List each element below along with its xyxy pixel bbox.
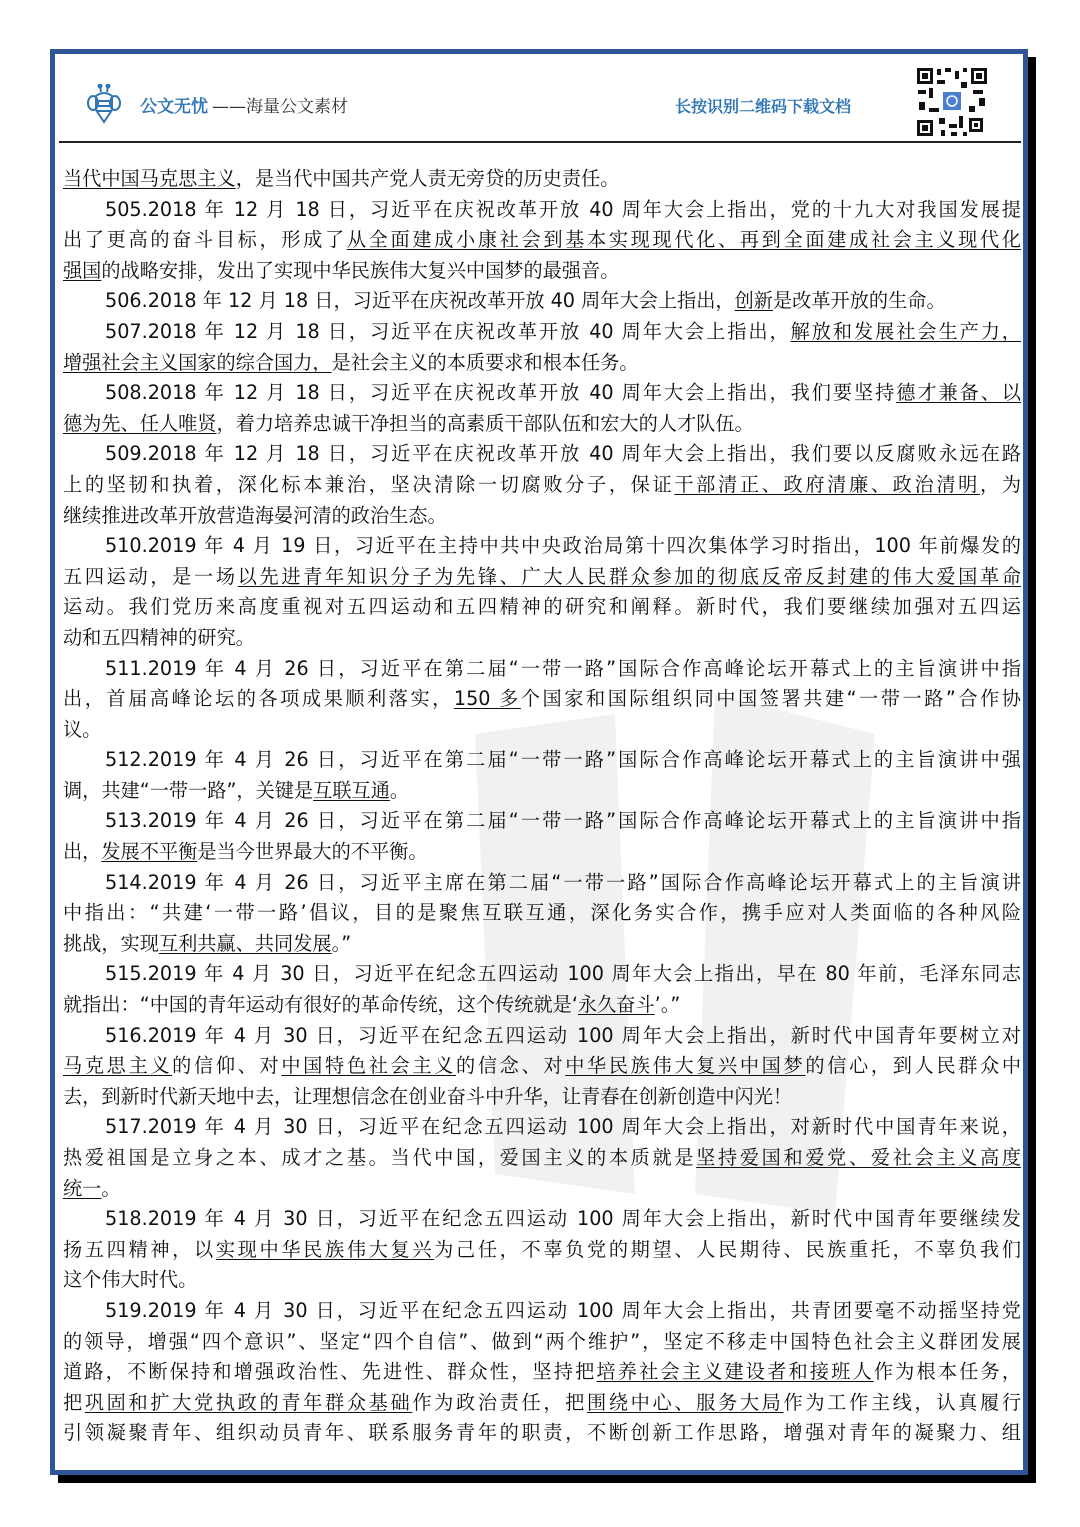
text-segment: 继续推进改革开放营造海晏河清的政治生态。 [63,504,447,527]
text-line: 511.2019 年 4 月 26 日，习近平在第二届“一带一路”国际合作高峰论… [63,654,1021,685]
text-line: 的领导，增强“四个意识”、坚定“四个自信”、做到“两个维护”，坚定不移走中国特色… [63,1327,1021,1358]
qr-code-icon[interactable] [915,66,989,138]
text-segment: 514.2019 年 4 月 26 日，习近平主席在第二届“一带一路”国际合作高… [105,871,1021,894]
text-segment: 510.2019 年 4 月 19 日，习近平在主持中共中央政治局第十四次集体学… [105,534,1021,557]
document-header: 公文无忧 ——海量公文素材 长按识别二维码下载文档 [55,54,1023,147]
header-divider [59,141,1021,143]
underlined-keyphrase: 中华民族伟大复兴中国梦 [565,1054,805,1077]
text-segment: 512.2019 年 4 月 26 日，习近平在第二届“一带一路”国际合作高峰论… [105,748,1021,771]
text-segment: 出， [63,840,101,863]
underlined-keyphrase: 培养社会主义建设者和接班人 [596,1360,873,1383]
underlined-keyphrase: 互联互通 [313,779,390,802]
text-line: 518.2019 年 4 月 30 日，习近平在纪念五四运动 100 周年大会上… [63,1204,1021,1235]
text-segment: ，是当代中国共产党人责无旁贷的历史责任。 [236,167,620,190]
text-line: 509.2018 年 12 月 18 日，习近平在庆祝改革开放 40 周年大会上… [63,439,1021,470]
text-segment: 的信仰、对 [172,1054,281,1077]
text-line: 上的坚韧和执着，深化标本兼治，坚决清除一切腐败分子，保证干部清正、政府清廉、政治… [63,470,1021,501]
underlined-keyphrase: 当代中国马克思主义 [63,167,236,190]
text-segment: 是社会主义的本质要求和根本任务。 [332,351,639,374]
underlined-keyphrase: 德才兼备、以 [896,381,1021,404]
underlined-keyphrase: 解放和发展社会生产力， [791,320,1021,343]
text-segment: 作为工作主线，认真履行 [784,1391,1021,1414]
brand-slogan: ——海量公文素材 [212,92,348,117]
text-segment: 作为根本任务， [874,1360,1021,1383]
text-line: 引领凝聚青年、组织动员青年、联系服务青年的职责，不断创新工作思路，增强对青年的凝… [63,1418,1021,1449]
text-line: 508.2018 年 12 月 18 日，习近平在庆祝改革开放 40 周年大会上… [63,378,1021,409]
text-line: 512.2019 年 4 月 26 日，习近平在第二届“一带一路”国际合作高峰论… [63,745,1021,776]
text-segment: 这个伟大时代。 [63,1268,197,1291]
text-segment: 。” [332,932,352,955]
text-segment: 热爱祖国是立身之本、成才之基。当代中国，爱国主义的本质就是 [63,1146,696,1169]
underlined-keyphrase: 150 多 [454,687,521,710]
document-page: 公文无忧 ——海量公文素材 长按识别二维码下载文档 当代中国马克思主义，是当代中… [50,49,1028,1475]
text-segment: 511.2019 年 4 月 26 日，习近平在第二届“一带一路”国际合作高峰论… [105,657,1021,680]
text-segment: 507.2018 年 12 月 18 日，习近平在庆祝改革开放 40 周年大会上… [105,320,791,343]
text-line: 出了更高的奋斗目标，形成了从全面建成小康社会到基本实现现代化、再到全面建成社会主… [63,225,1021,256]
text-segment: 505.2018 年 12 月 18 日，习近平在庆祝改革开放 40 周年大会上… [105,198,1021,221]
underlined-keyphrase: 干部清正、政府清廉、政治清明 [674,473,980,496]
text-segment: 为己任，不辜负党的期望、人民期待、民族重托，不辜负我们 [434,1238,1021,1261]
text-line: 519.2019 年 4 月 30 日，习近平在纪念五四运动 100 周年大会上… [63,1296,1021,1327]
text-segment: 个国家和国际组织同中国签署共建“一带一路”合作协 [521,687,1021,710]
text-line: 统一。 [63,1174,1021,1205]
text-line: 515.2019 年 4 月 30 日，习近平在纪念五四运动 100 周年大会上… [63,959,1021,990]
text-line: 扬五四精神，以实现中华民族伟大复兴为己任，不辜负党的期望、人民期待、民族重托，不… [63,1235,1021,1266]
underlined-keyphrase: 互利共赢、共同发展 [159,932,332,955]
text-segment: 就指出：“中国的青年运动有很好的革命传统，这个传统就是‘ [63,993,578,1016]
text-segment: 中指出：“共建‘一带一路’倡议，目的是聚焦互联互通，深化务实合作，携手应对人类面… [63,901,1021,924]
text-line: 强国的战略安排，发出了实现中华民族伟大复兴中国梦的最强音。 [63,256,1021,287]
text-line: 把巩固和扩大党执政的青年群众基础作为政治责任，把围绕中心、服务大局作为工作主线，… [63,1388,1021,1419]
text-line: 调，共建“一带一路”，关键是互联互通。 [63,776,1021,807]
text-segment: 515.2019 年 4 月 30 日，习近平在纪念五四运动 100 周年大会上… [105,962,1021,985]
text-line: 德为先、任人唯贤，着力培养忠诚干净担当的高素质干部队伍和宏大的人才队伍。 [63,409,1021,440]
text-segment: 的信心，到人民群众中 [805,1054,1021,1077]
underlined-keyphrase: 增强社会主义国家的综合国力， [63,351,332,374]
text-segment: 516.2019 年 4 月 30 日，习近平在纪念五四运动 100 周年大会上… [105,1024,1021,1047]
text-line: 五四运动，是一场以先进青年知识分子为先锋、广大人民群众参加的彻底反帝反封建的伟大… [63,562,1021,593]
bee-icon [87,84,121,124]
text-segment: 是当今世界最大的不平衡。 [197,840,427,863]
text-segment: 作为政治责任，把 [412,1391,587,1414]
text-segment: 议。 [63,718,101,741]
text-segment: 把 [63,1391,85,1414]
text-line: 这个伟大时代。 [63,1265,1021,1296]
text-line: 514.2019 年 4 月 26 日，习近平主席在第二届“一带一路”国际合作高… [63,868,1021,899]
text-line: 出，发展不平衡是当今世界最大的不平衡。 [63,837,1021,868]
text-line: 运动。我们党历来高度重视对五四运动和五四精神的研究和阐释。新时代，我们要继续加强… [63,592,1021,623]
text-segment: 上的坚韧和执着，深化标本兼治，坚决清除一切腐败分子，保证 [63,473,674,496]
text-segment: ，着力培养忠诚干净担当的高素质干部队伍和宏大的人才队伍。 [217,412,754,435]
text-segment: 去，到新时代新天地中去，让理想信念在创业奋斗中升华，让青春在创新创造中闪光！ [63,1085,792,1108]
text-line: 当代中国马克思主义，是当代中国共产党人责无旁贷的历史责任。 [63,164,1021,195]
underlined-keyphrase: 坚持爱国和爱党、爱社会主义高度 [696,1146,1021,1169]
text-line: 516.2019 年 4 月 30 日，习近平在纪念五四运动 100 周年大会上… [63,1021,1021,1052]
text-segment: 518.2019 年 4 月 30 日，习近平在纪念五四运动 100 周年大会上… [105,1207,1021,1230]
underlined-keyphrase: 统一 [63,1177,101,1200]
text-line: 继续推进改革开放营造海晏河清的政治生态。 [63,501,1021,532]
text-segment: 动和五四精神的研究。 [63,626,255,649]
underlined-keyphrase: 发展不平衡 [101,840,197,863]
text-segment: 是改革开放的生命。 [773,289,946,312]
text-segment: 的信念、对 [456,1054,565,1077]
text-line: 505.2018 年 12 月 18 日，习近平在庆祝改革开放 40 周年大会上… [63,195,1021,226]
text-line: 挑战，实现互利共赢、共同发展。” [63,929,1021,960]
text-segment: 的领导，增强“四个意识”、坚定“四个自信”、做到“两个维护”，坚定不移走中国特色… [63,1330,1021,1353]
text-segment: 出了更高的奋斗目标，形成了 [63,228,347,251]
text-segment: 道路，不断保持和增强政治性、先进性、群众性，坚持把 [63,1360,596,1383]
text-line: 出，首届高峰论坛的各项成果顺利落实，150 多个国家和国际组织同中国签署共建“一… [63,684,1021,715]
qr-hint-text: 长按识别二维码下载文档 [675,94,851,117]
document-body: 当代中国马克思主义，是当代中国共产党人责无旁贷的历史责任。505.2018 年 … [63,164,1021,1449]
text-line: 中指出：“共建‘一带一路’倡议，目的是聚焦互联互通，深化务实合作，携手应对人类面… [63,898,1021,929]
text-line: 热爱祖国是立身之本、成才之基。当代中国，爱国主义的本质就是坚持爱国和爱党、爱社会… [63,1143,1021,1174]
text-line: 就指出：“中国的青年运动有很好的革命传统，这个传统就是‘永久奋斗’。” [63,990,1021,1021]
text-line: 507.2018 年 12 月 18 日，习近平在庆祝改革开放 40 周年大会上… [63,317,1021,348]
text-segment: 挑战，实现 [63,932,159,955]
underlined-keyphrase: 马克思主义 [63,1054,172,1077]
text-line: 道路，不断保持和增强政治性、先进性、群众性，坚持把培养社会主义建设者和接班人作为… [63,1357,1021,1388]
brand-name: 公文无忧 [140,92,208,117]
text-segment: 运动。我们党历来高度重视对五四运动和五四精神的研究和阐释。新时代，我们要继续加强… [63,595,1021,618]
text-line: 517.2019 年 4 月 30 日，习近平在纪念五四运动 100 周年大会上… [63,1112,1021,1143]
underlined-keyphrase: 围绕中心、服务大局 [587,1391,784,1414]
text-segment: 506.2018 年 12 月 18 日，习近平在庆祝改革开放 40 周年大会上… [105,289,735,312]
text-segment: ，为 [980,473,1021,496]
text-segment: 517.2019 年 4 月 30 日，习近平在纪念五四运动 100 周年大会上… [105,1115,1021,1138]
text-line: 513.2019 年 4 月 26 日，习近平在第二届“一带一路”国际合作高峰论… [63,806,1021,837]
underlined-keyphrase: 德为先、任人唯贤 [63,412,217,435]
text-line: 506.2018 年 12 月 18 日，习近平在庆祝改革开放 40 周年大会上… [63,286,1021,317]
text-line: 增强社会主义国家的综合国力，是社会主义的本质要求和根本任务。 [63,348,1021,379]
text-segment: 519.2019 年 4 月 30 日，习近平在纪念五四运动 100 周年大会上… [105,1299,1021,1322]
text-segment: 。 [390,779,409,802]
text-segment: 五四运动，是一场 [63,565,238,588]
text-line: 马克思主义的信仰、对中国特色社会主义的信念、对中华民族伟大复兴中国梦的信心，到人… [63,1051,1021,1082]
underlined-keyphrase: 强国 [63,259,101,282]
text-segment: 513.2019 年 4 月 26 日，习近平在第二届“一带一路”国际合作高峰论… [105,809,1021,832]
text-line: 动和五四精神的研究。 [63,623,1021,654]
text-segment: ’。” [655,993,681,1016]
underlined-keyphrase: 从全面建成小康社会到基本实现现代化、再到全面建成社会主义现代化 [347,228,1021,251]
text-segment: 出，首届高峰论坛的各项成果顺利落实， [63,687,454,710]
text-line: 议。 [63,715,1021,746]
text-segment: 调，共建“一带一路”，关键是 [63,779,313,802]
underlined-keyphrase: 以先进青年知识分子为先锋、广大人民群众参加的彻底反帝反封建的伟大爱国革命 [238,565,1021,588]
underlined-keyphrase: 创新 [735,289,773,312]
underlined-keyphrase: 中国特色社会主义 [281,1054,456,1077]
underlined-keyphrase: 巩固和扩大党执政的青年群众基础 [85,1391,413,1414]
underlined-keyphrase: 永久奋斗 [578,993,655,1016]
text-segment: 引领凝聚青年、组织动员青年、联系服务青年的职责，不断创新工作思路，增强对青年的凝… [63,1421,1021,1444]
text-segment: 的战略安排，发出了实现中华民族伟大复兴中国梦的最强音。 [101,259,619,282]
text-segment: 扬五四精神，以 [63,1238,216,1261]
text-line: 510.2019 年 4 月 19 日，习近平在主持中共中央政治局第十四次集体学… [63,531,1021,562]
text-segment: 509.2018 年 12 月 18 日，习近平在庆祝改革开放 40 周年大会上… [105,442,1021,465]
text-line: 去，到新时代新天地中去，让理想信念在创业奋斗中升华，让青春在创新创造中闪光！ [63,1082,1021,1113]
text-segment: 508.2018 年 12 月 18 日，习近平在庆祝改革开放 40 周年大会上… [105,381,896,404]
text-segment: 。 [101,1177,120,1200]
underlined-keyphrase: 实现中华民族伟大复兴 [216,1238,434,1261]
